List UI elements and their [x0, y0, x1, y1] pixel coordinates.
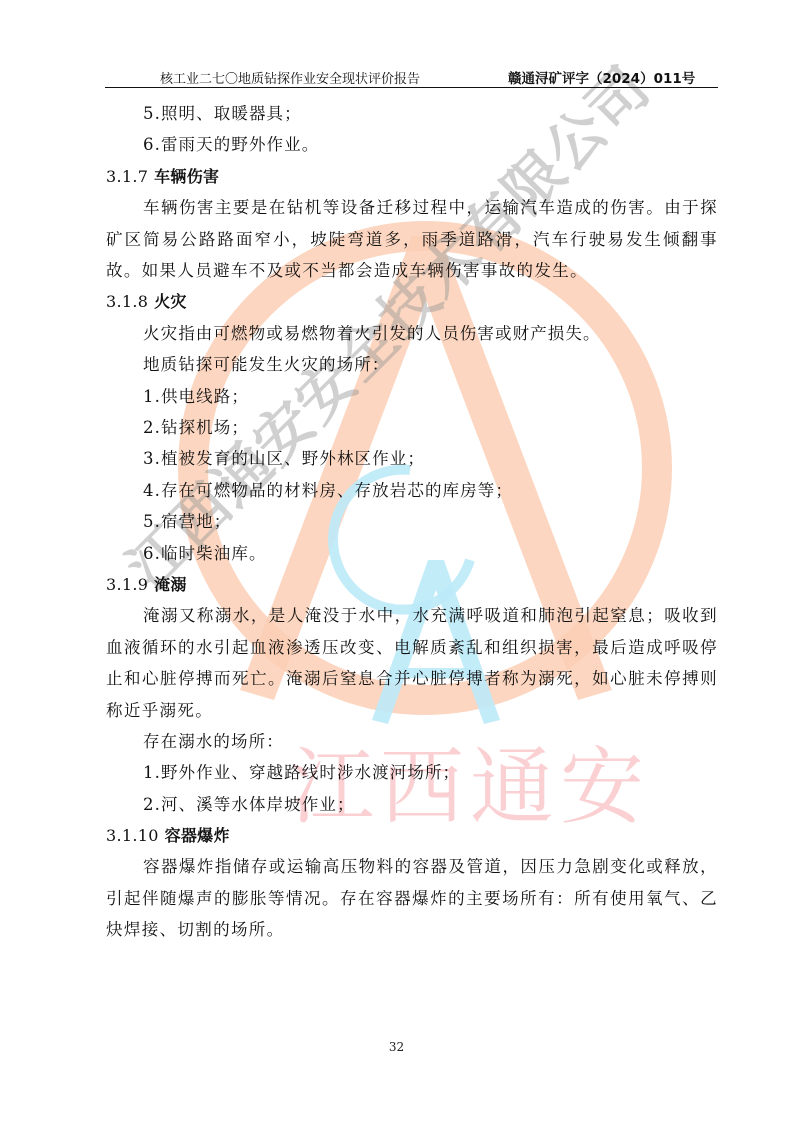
- list-item: 4.存在可燃物品的材料房、存放岩芯的库房等；: [106, 475, 718, 506]
- section-title: 淹溺: [154, 575, 187, 594]
- section-number: 3.1.7: [106, 167, 148, 186]
- paragraph: 车辆伤害主要是在钻机等设备迁移过程中，运输汽车造成的伤害。由于探矿区简易公路路面…: [106, 192, 718, 286]
- page-number: 32: [0, 1040, 793, 1054]
- section-title: 容器爆炸: [165, 826, 230, 845]
- paragraph: 容器爆炸指储存或运输高压物料的容器及管道，因压力急剧变化或释放，引起伴随爆声的膨…: [106, 851, 718, 945]
- section-heading-3-1-9: 3.1.9 淹溺: [106, 569, 718, 600]
- page-content: 5.照明、取暖器具； 6.雷雨天的野外作业。 3.1.7 车辆伤害 车辆伤害主要…: [106, 98, 718, 946]
- list-title: 地质钻探可能发生火灾的场所：: [106, 349, 718, 380]
- header-report-title: 核工业二七〇地质钻探作业安全现状评价报告: [160, 68, 420, 87]
- list-item: 5.宿营地；: [106, 506, 718, 537]
- list-item: 5.照明、取暖器具；: [106, 98, 718, 129]
- section-heading-3-1-10: 3.1.10 容器爆炸: [106, 820, 718, 851]
- list-item: 1.野外作业、穿越路线时涉水渡河场所；: [106, 757, 718, 788]
- section-number: 3.1.9: [106, 575, 148, 594]
- section-heading-3-1-8: 3.1.8 火灾: [106, 286, 718, 317]
- list-title: 存在溺水的场所：: [106, 726, 718, 757]
- list-item: 1.供电线路；: [106, 381, 718, 412]
- section-number: 3.1.10: [106, 826, 159, 845]
- list-item: 2.钻探机场；: [106, 412, 718, 443]
- document-page: 江西通安安全技术有限公司 江西通安 核工业二七〇地质钻探作业安全现状评价报告 赣…: [0, 0, 793, 1122]
- section-heading-3-1-7: 3.1.7 车辆伤害: [106, 161, 718, 192]
- page-header: 核工业二七〇地质钻探作业安全现状评价报告 赣通浔矿评字（2024）011号: [105, 66, 718, 88]
- section-number: 3.1.8: [106, 292, 148, 311]
- list-item: 6.雷雨天的野外作业。: [106, 129, 718, 160]
- list-item: 3.植被发育的山区、野外林区作业；: [106, 443, 718, 474]
- list-item: 2.河、溪等水体岸坡作业；: [106, 789, 718, 820]
- list-item: 6.临时柴油库。: [106, 538, 718, 569]
- section-title: 车辆伤害: [154, 167, 219, 186]
- paragraph: 火灾指由可燃物或易燃物着火引发的人员伤害或财产损失。: [106, 318, 718, 349]
- paragraph: 淹溺又称溺水，是人淹没于水中，水充满呼吸道和肺泡引起窒息；吸收到血液循环的水引起…: [106, 600, 718, 726]
- header-doc-number: 赣通浔矿评字（2024）011号: [508, 67, 695, 87]
- section-title: 火灾: [154, 292, 187, 311]
